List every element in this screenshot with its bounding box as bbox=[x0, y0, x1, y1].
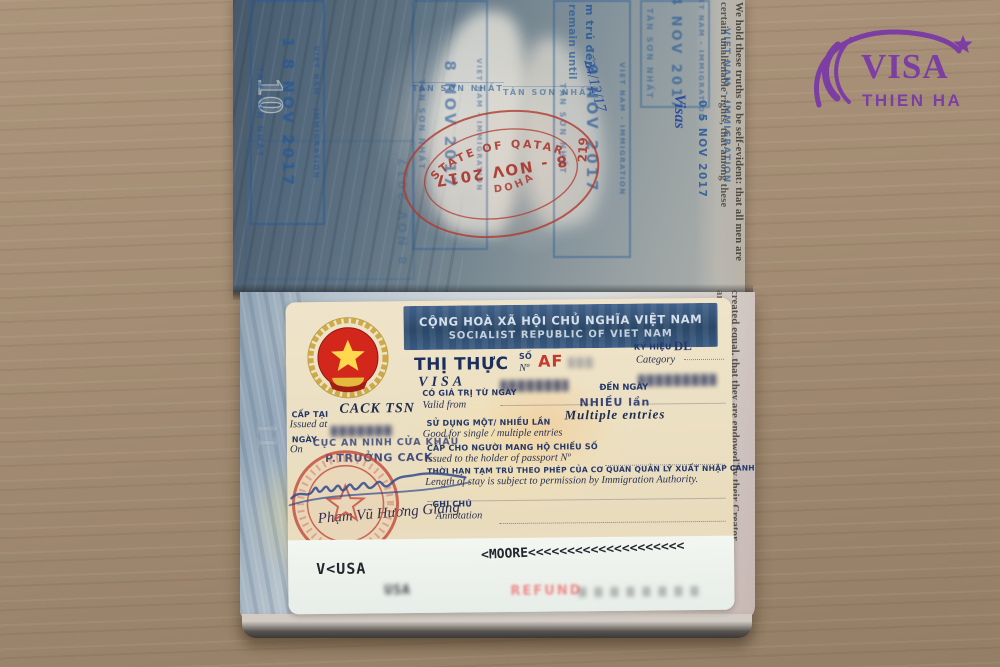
brand-name: VISA bbox=[861, 47, 949, 86]
stamp-side-date: 0 5 NOV 2017 bbox=[696, 100, 708, 196]
stamp-header: VIET NAM - IMMIGRATION bbox=[618, 62, 626, 195]
immigration-stamp-faint: 8 NOV 2017 bbox=[245, 140, 415, 280]
mrz-line1-left: V<USA bbox=[316, 560, 366, 579]
quote-line: certain unalienable rights, that among t… bbox=[716, 2, 731, 290]
page-number-11: 11 bbox=[249, 420, 286, 472]
visa-until-date-redacted bbox=[638, 374, 716, 387]
stamp-footer: TÂN SƠN NHẤT bbox=[645, 8, 654, 100]
brand-subname: THIEN HA bbox=[862, 91, 962, 110]
passport-quote-upper: We hold these truths to be self-evident:… bbox=[716, 2, 746, 290]
visa-from-date-redacted bbox=[500, 379, 568, 392]
handwritten-visas: Visas bbox=[670, 94, 688, 146]
visa-no-label-vi: SỐ bbox=[519, 352, 532, 361]
visa-header-vi: CỘNG HOÀ XÃ HỘI CHỦ NGHĨA VIỆT NAM bbox=[404, 311, 718, 328]
passport-bottom-edge bbox=[242, 614, 752, 638]
visa-valid-label-en: Valid from bbox=[422, 399, 466, 410]
visa-entries-label-vi: SỬ DỤNG MỘT/ NHIỀU LẦN bbox=[427, 418, 551, 428]
signature bbox=[287, 446, 480, 520]
qatar-stamp-number: 219 bbox=[575, 137, 590, 163]
dotted-leader bbox=[684, 349, 724, 360]
vietnam-emblem-icon bbox=[306, 315, 391, 400]
visa-entries-value-en: Multiple entries bbox=[564, 406, 665, 423]
dotted-leader bbox=[500, 511, 726, 524]
visa-issued-at-label-vi: CẤP TẠI bbox=[292, 410, 329, 419]
refund-stamp: REFUND bbox=[510, 583, 582, 599]
visa-issued-at-label-en: Issued at bbox=[290, 419, 328, 430]
mrz-line1-right: <MOORE<<<<<<<<<<<<<<<<<<<< bbox=[481, 539, 685, 563]
stamp-note-en: remain until bbox=[566, 4, 578, 96]
photo-scene: 10 VIET NAM - IMMIGRATION 1 8 NOV 2017 T… bbox=[0, 0, 1000, 667]
immigration-stamp: VIET NAM - IMMIGRATION 4 NOV 2017 TÂN SƠ… bbox=[640, 0, 710, 108]
brand-watermark: VISA THIEN HA bbox=[805, 25, 990, 120]
visa-until-label-vi: ĐẾN NGÀY bbox=[599, 383, 648, 394]
dotted-leader bbox=[641, 393, 725, 405]
mrz-smudge bbox=[578, 586, 698, 597]
vietnam-visa-sticker: CỘNG HOÀ XÃ HỘI CHỦ NGHĨA VIỆT NAM SOCIA… bbox=[285, 298, 734, 615]
visa-title-vi: THỊ THỰC bbox=[414, 354, 509, 375]
visa-issued-at-value: CACK TSN bbox=[339, 401, 414, 418]
visa-header-en: SOCIALIST REPUBLIC OF VIET NAM bbox=[404, 327, 718, 341]
quote-line: We hold these truths to be self-evident:… bbox=[731, 2, 746, 290]
visa-category-label-en: Category bbox=[636, 354, 675, 365]
visa-on-date-redacted bbox=[331, 425, 393, 437]
visa-no-redacted bbox=[568, 357, 594, 368]
mrz-line2-redacted: USA bbox=[384, 583, 411, 598]
visa-category-label-vi: KÝ HIỆU bbox=[634, 342, 672, 351]
stamp-footer-fragment: TÂN SƠN NHẤT bbox=[412, 82, 504, 93]
visa-no-label-en: Nº bbox=[519, 363, 529, 374]
visa-no-value: AF bbox=[538, 351, 564, 370]
visa-mrz-zone: V<USA <MOORE<<<<<<<<<<<<<<<<<<<< USA REF… bbox=[288, 536, 735, 615]
